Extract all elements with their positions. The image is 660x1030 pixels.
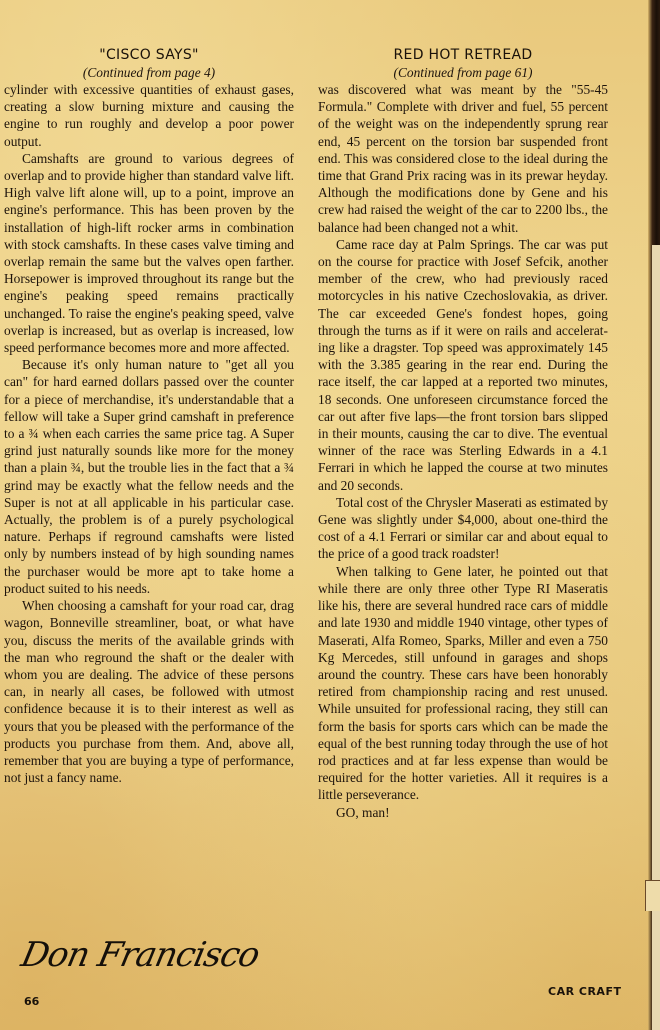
paragraph: Because it's only human nature to "get a…: [4, 356, 294, 597]
page-tab-fold: [645, 880, 660, 911]
article-title: RED HOT RETREAD: [318, 47, 608, 64]
author-signature: Don Francisco: [18, 935, 263, 975]
paragraph: When talking to Gene later, he pointed o…: [318, 563, 608, 804]
paragraph: GO, man!: [318, 804, 608, 821]
paragraph: Camshafts are ground to various degrees …: [4, 150, 294, 356]
paragraph: was discovered what was meant by the "55…: [318, 81, 608, 236]
magazine-name: CAR CRAFT: [548, 985, 621, 998]
page-number: 66: [24, 995, 39, 1008]
paragraph: cylinder with excessive quantities of ex…: [4, 81, 294, 150]
continued-note: (Continued from page 4): [4, 64, 294, 81]
magazine-page: "CISCO SAYS" (Continued from page 4) cyl…: [0, 0, 648, 1030]
paragraph: Total cost of the Chrysler Maserati as e…: [318, 494, 608, 563]
paragraph: When choosing a camshaft for your road c…: [4, 597, 294, 786]
paragraph: Came race day at Palm Springs. The car w…: [318, 236, 608, 494]
article-cisco-says: "CISCO SAYS" (Continued from page 4) cyl…: [4, 47, 294, 786]
continued-note: (Continued from page 61): [318, 64, 608, 81]
page-edge-paper: [652, 245, 660, 1030]
article-title: "CISCO SAYS": [4, 47, 294, 64]
article-red-hot-retread: RED HOT RETREAD (Continued from page 61)…: [318, 47, 608, 821]
